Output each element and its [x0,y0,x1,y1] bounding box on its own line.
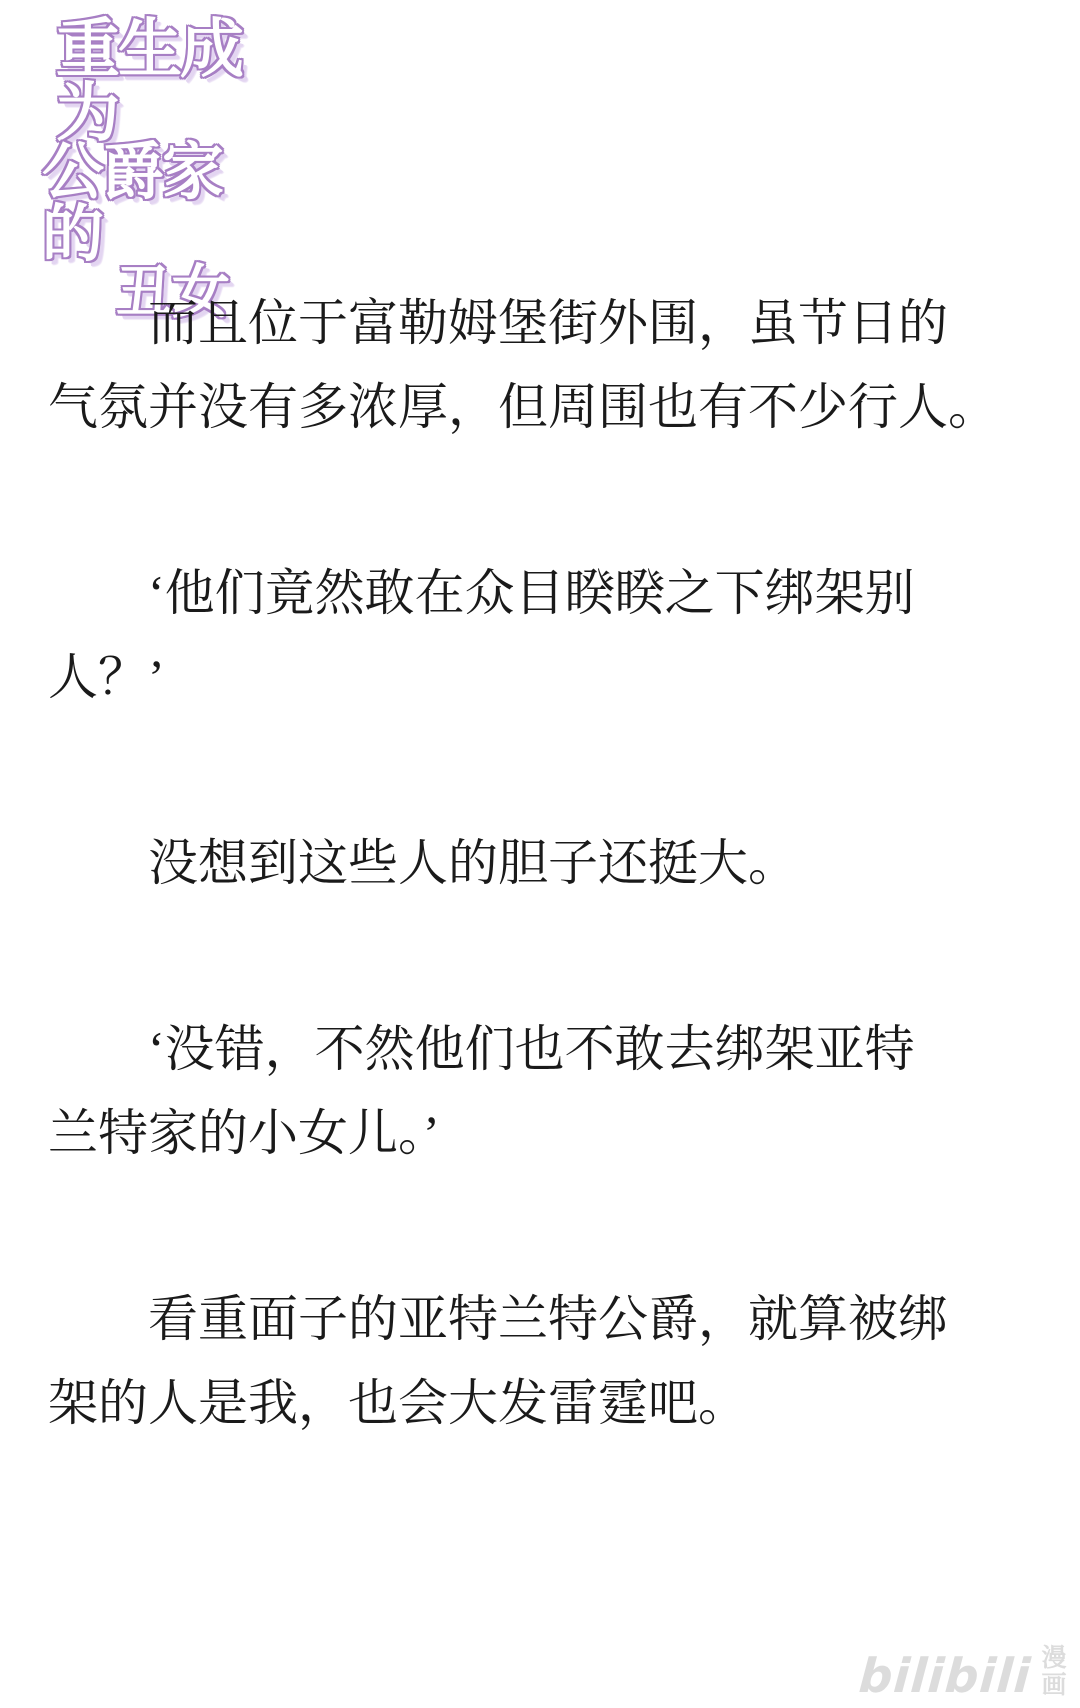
paragraph: 而且位于富勒姆堡街外围，虽节日的 气氛并没有多浓厚，但周围也有不少行人。 [48,281,1038,449]
paragraph-line: 架的人是我，也会大发雷霆吧。 [48,1361,1038,1445]
logo-line-2: 公爵家的 [42,142,262,266]
paragraph: ‘没错，不然他们也不敢去绑架亚特 兰特家的小女儿。’ [48,1007,1038,1175]
paragraph-line: ‘没错，不然他们也不敢去绑架亚特 [48,1007,1038,1091]
paragraph-line: 而且位于富勒姆堡街外围，虽节日的 [48,281,1038,365]
paragraph: 没想到这些人的胆子还挺大。 [48,821,1038,905]
paragraph-line: 兰特家的小女儿。’ [48,1091,1038,1175]
bilibili-logo: bilibili [857,1653,1032,1700]
paragraph-line: ‘他们竟然敢在众目睽睽之下绑架别 [48,551,1038,635]
paragraph: ‘他们竟然敢在众目睽睽之下绑架别 人？’ [48,551,1038,719]
paragraph-line: 没想到这些人的胆子还挺大。 [48,821,1038,905]
series-title-logo: 重生成为 公爵家的 丑女 [42,18,262,322]
paragraph-line: 气氛并没有多浓厚，但周围也有不少行人。 [48,365,1038,449]
paragraph: 看重面子的亚特兰特公爵，就算被绑 架的人是我，也会大发雷霆吧。 [48,1277,1038,1445]
manhua-label: 漫画 [1039,1644,1067,1698]
logo-line-1: 重生成为 [56,18,262,146]
novel-text-page: 而且位于富勒姆堡街外围，虽节日的 气氛并没有多浓厚，但周围也有不少行人。 ‘他们… [48,281,1038,1547]
paragraph-line: 看重面子的亚特兰特公爵，就算被绑 [48,1277,1038,1361]
bilibili-watermark: bilibili 漫画 [859,1644,1066,1700]
paragraph-line: 人？’ [48,635,1038,719]
